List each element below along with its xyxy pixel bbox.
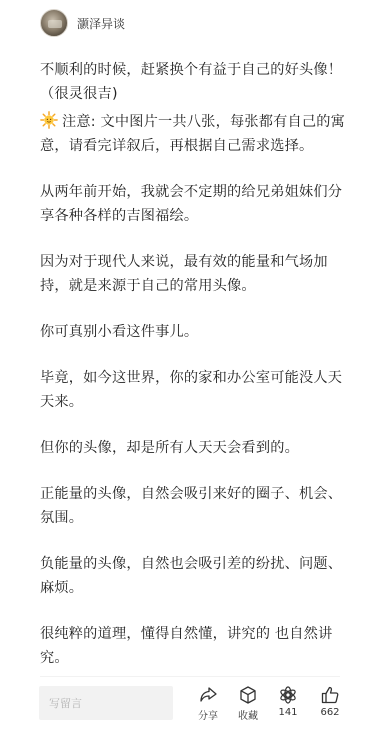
flower-icon: [278, 685, 298, 705]
paragraph: 从两年前开始，我就会不定期的给兄弟姐妹们分享各种各样的吉图福绘。: [40, 180, 350, 228]
paragraph: 负能量的头像，自然也会吸引差的纷扰、问题、麻烦。: [40, 552, 350, 600]
flower-count: 141: [278, 707, 297, 718]
favorite-box-icon: [238, 685, 258, 705]
bottom-action-bar: 分享 收藏 141 662: [0, 676, 380, 729]
notice-text: 注意: 文中图片一共八张，每张都有自己的寓意，请看完详叙后，再根据自己需求选择。: [40, 114, 345, 154]
author-name[interactable]: 灏泽异谈: [77, 15, 125, 32]
flower-button[interactable]: 141: [268, 685, 308, 718]
divider: [40, 676, 340, 677]
notice-paragraph: 注意: 文中图片一共八张，每张都有自己的寓意，请看完详叙后，再根据自己需求选择。: [40, 110, 350, 158]
paragraph: 因为对于现代人来说，最有效的能量和气场加持，就是来源于自己的常用头像。: [40, 250, 350, 298]
share-icon: [198, 685, 218, 705]
comment-input[interactable]: [39, 686, 173, 720]
favorite-label: 收藏: [238, 707, 258, 722]
paragraph: 但你的头像，却是所有人天天会看到的。: [40, 436, 350, 460]
sun-emoji-icon: [40, 111, 58, 129]
author-header: 灏泽异谈: [40, 9, 125, 37]
like-count: 662: [320, 707, 339, 718]
paragraph: 不顺利的时候，赶紧换个有益于自己的好头像！（很灵很吉): [40, 58, 350, 106]
avatar[interactable]: [40, 9, 68, 37]
article-body: 不顺利的时候，赶紧换个有益于自己的好头像！（很灵很吉) 注意: 文中图片一共八张…: [40, 58, 350, 692]
paragraph: 你可真别小看这件事儿。: [40, 320, 350, 344]
like-button[interactable]: 662: [310, 685, 350, 718]
share-button[interactable]: 分享: [188, 685, 228, 722]
paragraph: 毕竟，如今这世界，你的家和办公室可能没人天天来。: [40, 366, 350, 414]
paragraph: 正能量的头像，自然会吸引来好的圈子、机会、氛围。: [40, 482, 350, 530]
favorite-button[interactable]: 收藏: [228, 685, 268, 722]
share-label: 分享: [198, 707, 218, 722]
thumbs-up-icon: [320, 685, 340, 705]
paragraph: 很纯粹的道理，懂得自然懂，讲究的 也自然讲究。: [40, 622, 350, 670]
